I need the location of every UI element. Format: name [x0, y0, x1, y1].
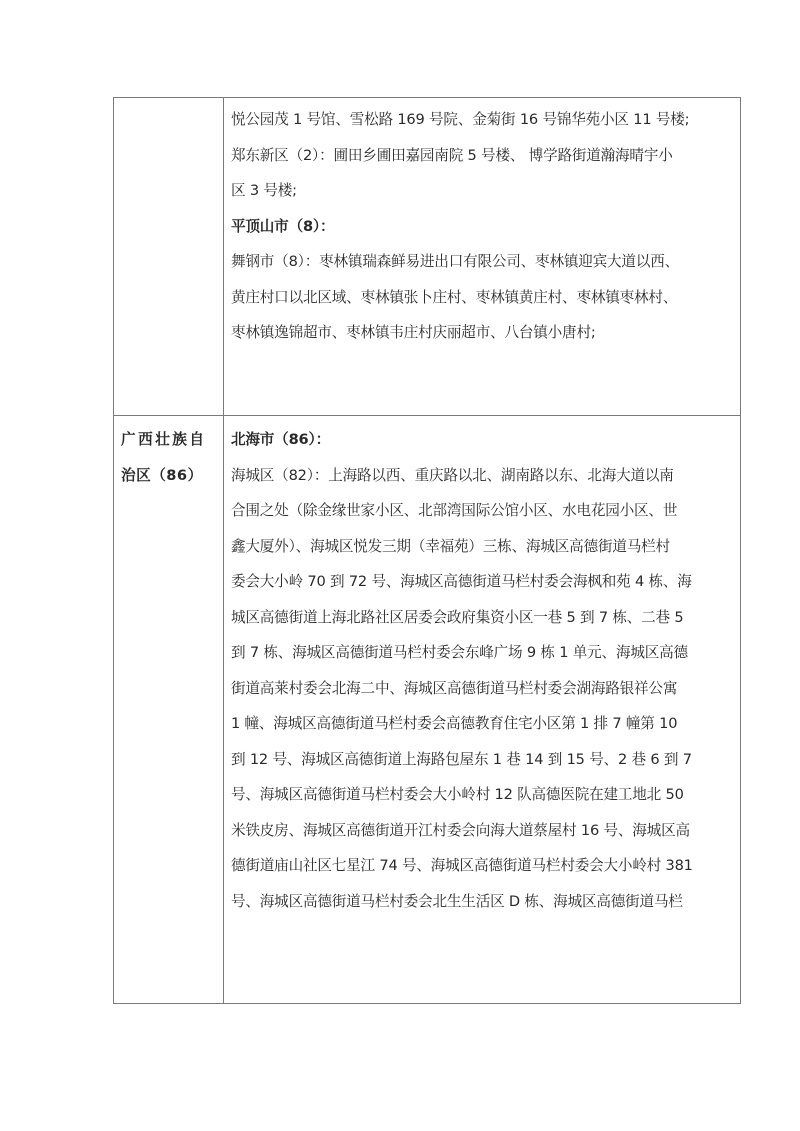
area-line: 城区高德街道上海北路社区居委会政府集资小区一巷 5 到 7 栋、二巷 5 — [231, 600, 734, 636]
province-name: 广西壮族自 — [121, 422, 223, 458]
area-line: 号、海城区高德街道马栏村委会北生生活区 D 栋、海城区高德街道马栏 — [231, 884, 734, 920]
table-row: 广西壮族自 治区（86） 北海市（86）： 海城区（82）：上海路以西、重庆路以… — [114, 415, 740, 1003]
area-line: 枣林镇逸锦超市、枣林镇韦庄村庆丽超市、八台镇小唐村; — [231, 315, 734, 351]
area-line: 合围之处（除金缘世家小区、北部湾国际公馆小区、水电花园小区、世 — [231, 493, 734, 529]
area-line: 米铁皮房、海城区高德街道开江村委会向海大道蔡屋村 16 号、海城区高 — [231, 813, 734, 849]
area-list-cell: 悦公园茂 1 号馆、雪松路 169 号院、金菊街 16 号锦华苑小区 11 号楼… — [224, 98, 740, 415]
risk-area-table: 悦公园茂 1 号馆、雪松路 169 号院、金菊街 16 号锦华苑小区 11 号楼… — [113, 97, 741, 1004]
area-line: 黄庄村口以北区域、枣林镇张卜庄村、枣林镇黄庄村、枣林镇枣林村、 — [231, 280, 734, 316]
area-line: 号、海城区高德街道马栏村委会大小岭村 12 队高德医院在建工地北 50 — [231, 777, 734, 813]
area-line: 委会大小岭 70 到 72 号、海城区高德街道马栏村委会海枫和苑 4 栋、海 — [231, 564, 734, 600]
area-line: 鑫大厦外）、海城区悦发三期（幸福苑）三栋、海城区高德街道马栏村 — [231, 529, 734, 565]
area-line: 街道高莱村委会北海二中、海城区高德街道马栏村委会湖海路银祥公寓 — [231, 671, 734, 707]
city-heading: 平顶山市（8）： — [231, 209, 734, 245]
area-line: 德街道庙山社区七星江 74 号、海城区高德街道马栏村委会大小岭村 381 — [231, 848, 734, 884]
district-line: 海城区（82）：上海路以西、重庆路以北、湖南路以东、北海大道以南 — [231, 458, 734, 494]
province-name: 治区（86） — [121, 458, 223, 494]
area-list-cell: 北海市（86）： 海城区（82）：上海路以西、重庆路以北、湖南路以东、北海大道以… — [224, 416, 740, 1003]
area-line: 到 12 号、海城区高德街道上海路包屋东 1 巷 14 到 15 号、2 巷 6… — [231, 742, 734, 778]
city-heading: 北海市（86）： — [231, 422, 734, 458]
area-line: 区 3 号楼; — [231, 173, 734, 209]
province-cell — [114, 98, 224, 415]
area-line: 到 7 栋、海城区高德街道马栏村委会东峰广场 9 栋 1 单元、海城区高德 — [231, 635, 734, 671]
area-line: 1 幢、海城区高德街道马栏村委会高德教育住宅小区第 1 排 7 幢第 10 — [231, 706, 734, 742]
district-line: 舞钢市（8）：枣林镇瑞森鲜易进出口有限公司、枣林镇迎宾大道以西、 — [231, 244, 734, 280]
province-cell: 广西壮族自 治区（86） — [114, 416, 224, 1003]
area-line: 悦公园茂 1 号馆、雪松路 169 号院、金菊街 16 号锦华苑小区 11 号楼… — [231, 102, 734, 138]
table-row: 悦公园茂 1 号馆、雪松路 169 号院、金菊街 16 号锦华苑小区 11 号楼… — [114, 98, 740, 415]
district-line: 郑东新区（2）：圃田乡圃田嘉园南院 5 号楼、 博学路街道瀚海晴宇小 — [231, 138, 734, 174]
